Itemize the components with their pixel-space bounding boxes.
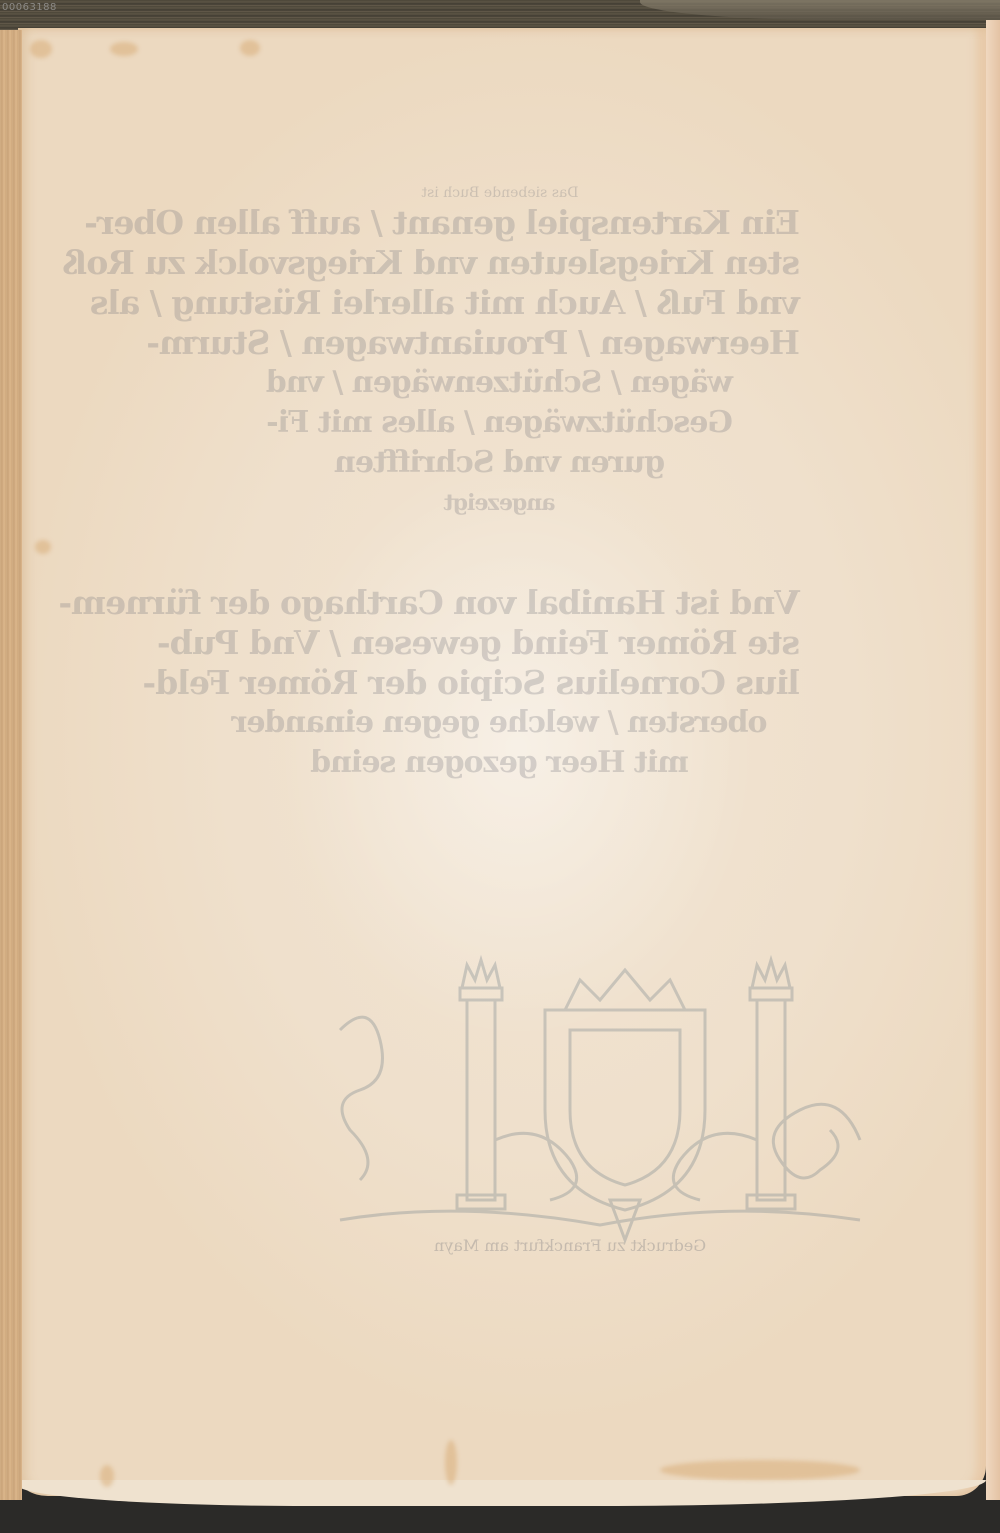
foxing-spot [30,40,52,58]
showthrough-line: lius Cornelius Scipio der Römer Feld- [200,663,800,703]
foxing-spot [445,1440,457,1485]
scan-id-label: 00063188 [2,2,57,13]
printers-device-icon [320,940,880,1260]
showthrough-text-block: Das siebende Buch ist Ein Kartenspiel ge… [200,185,800,783]
showthrough-imprint: Gedruckt zu Franckfurt am Mayn [430,1236,710,1255]
showthrough-line: sten Kriegsleuten vnd Kriegsvolck zu Roß [200,243,800,283]
page-right-edge [986,20,1000,1500]
showthrough-line: mit Heer gezogen seind [200,743,800,783]
showthrough-line: angezeigt [200,483,800,523]
showthrough-line: Ein Kartenspiel genant / auff allen Ober… [200,203,800,243]
showthrough-line: ste Römer Feind gewesen / Vnd Pub- [200,623,800,663]
showthrough-line: Geschützwägen / alles mit Fi- [200,403,800,443]
showthrough-line: vnd Fuß / Auch mit allerlei Rüstung / al… [200,283,800,323]
showthrough-line: Vnd ist Hanibal von Carthago der fürnem- [200,583,800,623]
showthrough-heading: Das siebende Buch ist [200,185,800,201]
foxing-spot [110,42,138,56]
foxing-spot [660,1460,860,1480]
showthrough-line: wägen / Schützenwägen / vnd [200,363,800,403]
foxing-spot [100,1465,114,1487]
showthrough-line: guren vnd Schrifften [200,443,800,483]
book-block-left-edge [0,30,22,1500]
foxing-spot [35,540,51,554]
foxing-spot [240,40,260,56]
showthrough-line: obersten / welche gegen einander [200,703,800,743]
page-bottom-edge [18,1480,986,1506]
showthrough-line: Heerwagen / Prouiantwagen / Sturm- [200,323,800,363]
